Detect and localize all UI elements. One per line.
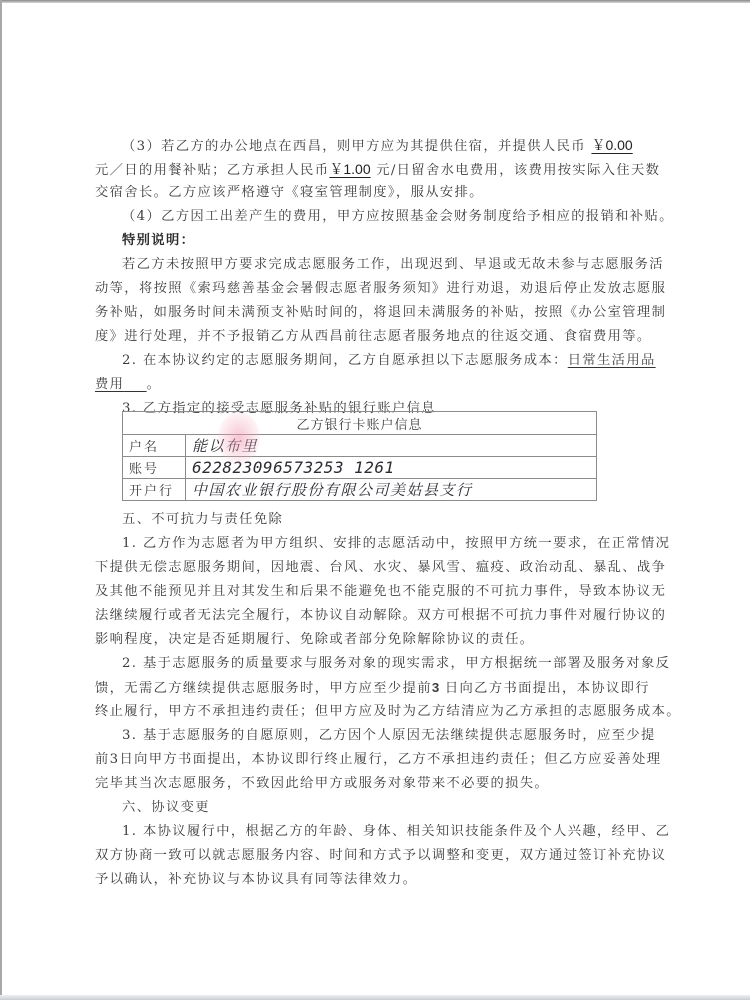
section-6-heading: 六、协议变更 xyxy=(95,796,670,820)
document-page-continued: 五、不可抗力与责任免除 1. 乙方作为志愿者为甲方组织、安排的志愿活动中，按照甲… xyxy=(95,508,670,892)
party-a-termination-line: 2. 基于志愿服务的质量要求与服务对象的现实需求，甲方根据统一部署及服务对象反 xyxy=(95,652,670,676)
utility-fee-value: ￥1.00 xyxy=(329,161,370,177)
document-page: （3）若乙方的办公地点在西昌，则甲方应为其提供住宿，并提供人民币 ￥0.00 元… xyxy=(95,133,670,421)
scan-edge-top xyxy=(0,0,750,3)
travel-expense-line: （4）乙方因工出差产生的费用，甲方应按照基金会财务制度给予相应的报销和补贴。 xyxy=(95,205,670,229)
volunteer-cost-value: 费用 xyxy=(95,377,147,392)
bank-branch-label: 开户行 xyxy=(123,479,186,501)
amendment-line: 1. 本协议履行中，根据乙方的年龄、身体、相关知识技能条件及个人兴趣，经甲、乙 xyxy=(95,820,670,844)
bank-table-title: 乙方银行卡账户信息 xyxy=(123,412,597,435)
table-row: 开户行 中国农业银行股份有限公司美姑县支行 xyxy=(123,479,597,501)
table-row: 账号 622823096573253 1261 xyxy=(123,457,597,479)
handwritten-bank-branch: 中国农业银行股份有限公司美姑县支行 xyxy=(192,481,473,499)
volunteer-cost-line-2: 费用 。 xyxy=(95,373,670,397)
force-majeure-line: 法继续履行或者无法完全履行，本协议自动解除。双方可根据不可抗力事件对履行协议的 xyxy=(95,604,670,628)
amendment-line: 予以确认，补充协议与本协议具有同等法律效力。 xyxy=(95,868,670,892)
account-name-value: 能以布里 xyxy=(186,435,597,457)
termination-text: 馈，无需乙方继续提供志愿服务时，甲方应至少提前 xyxy=(95,681,432,696)
bank-table-header-row: 乙方银行卡账户信息 xyxy=(123,412,597,435)
accommodation-text: 元／日的用餐补贴；乙方承担人民币 xyxy=(95,163,329,178)
accommodation-text: 元/日留舍水电费用，该费用按实际入住天数 xyxy=(376,163,660,178)
account-number-label: 账号 xyxy=(123,457,186,479)
party-b-termination-line: 前3日向甲方书面提出，本协议即行终止履行，乙方不承担违约责任；但乙方应妥善处理 xyxy=(95,748,670,772)
force-majeure-line: 及其他不能预见并且对其发生和后果不能避免也不能克服的不可抗力事件，导致本协议无 xyxy=(95,580,670,604)
volunteer-cost-value-text: 费用 xyxy=(95,377,124,392)
party-b-termination-line: 完毕其当次志愿服务，不致因此给甲方或服务对象带来不必要的损失。 xyxy=(95,772,670,796)
handwritten-account-name: 能以布里 xyxy=(192,437,258,455)
account-name-label: 户名 xyxy=(123,435,186,457)
force-majeure-line: 1. 乙方作为志愿者为甲方组织、安排的志愿活动中，按照甲方统一要求，在正常情况 xyxy=(95,532,670,556)
volunteer-cost-text: 2. 在本协议约定的志愿服务期间，乙方自愿承担以下志愿服务成本： xyxy=(122,353,568,368)
accommodation-line-3: 交宿舍长。乙方应该严格遵守《寝室管理制度》，服从安排。 xyxy=(95,181,670,205)
accommodation-line-2: 元／日的用餐补贴；乙方承担人民币￥1.00 元/日留舍水电费用，该费用按实际入住… xyxy=(95,157,670,181)
accommodation-line-1: （3）若乙方的办公地点在西昌，则甲方应为其提供住宿，并提供人民币 ￥0.00 xyxy=(95,133,670,157)
party-a-termination-line: 终止履行，甲方不承担违约责任；但甲方应及时为乙方结清应为乙方承担的志愿服务成本。 xyxy=(95,700,670,724)
bank-account-table: 乙方银行卡账户信息 户名 能以布里 账号 622823096573253 126… xyxy=(122,411,597,501)
handwritten-account-number: 622823096573253 1261 xyxy=(192,458,395,477)
accommodation-text: （3）若乙方的办公地点在西昌，则甲方应为其提供住宿，并提供人民币 xyxy=(122,139,586,154)
force-majeure-line: 下提供无偿志愿服务期间，因地震、台风、水灾、暴风雪、瘟疫、政治动乱、暴乱、战争 xyxy=(95,556,670,580)
special-note-heading: 特别说明： xyxy=(95,229,670,253)
table-row: 户名 能以布里 xyxy=(123,435,597,457)
special-note-line: 若乙方未按照甲方要求完成志愿服务工作，出现迟到、早退或无故未参与志愿服务活 xyxy=(95,253,670,277)
scan-edge-bottom xyxy=(0,995,750,1000)
volunteer-cost-line-1: 2. 在本协议约定的志愿服务期间，乙方自愿承担以下志愿服务成本：日常生活用品 xyxy=(95,349,670,373)
scan-edge-left xyxy=(0,0,2,1000)
section-5-heading: 五、不可抗力与责任免除 xyxy=(95,508,670,532)
party-b-termination-line: 3. 基于志愿服务的自愿原则，乙方因个人原因无法继续提供志愿服务时，应至少提 xyxy=(95,724,670,748)
period: 。 xyxy=(147,377,162,392)
account-number-value: 622823096573253 1261 xyxy=(186,457,597,479)
party-a-termination-line: 馈，无需乙方继续提供志愿服务时，甲方应至少提前3 日向乙方书面提出，本协议即行 xyxy=(95,676,670,700)
special-note-line: 动等，将按照《索玛慈善基金会暑假志愿者服务须知》进行劝退，劝退后停止发放志愿服 xyxy=(95,277,670,301)
special-note-line: 度》进行处理，并不予报销乙方从西昌前往志愿者服务地点的往返交通、食宿费用等。 xyxy=(95,325,670,349)
termination-text: 日向乙方书面提出，本协议即行 xyxy=(445,681,650,696)
special-note-line: 务补贴，如服务时间未满预支补贴时间的，将退回未满服务的补贴，按照《办公室管理制 xyxy=(95,301,670,325)
notice-days: 3 xyxy=(432,680,439,695)
amendment-line: 双方协商一致可以就志愿服务内容、时间和方式予以调整和变更，双方通过签订补充协议 xyxy=(95,844,670,868)
force-majeure-line: 影响程度，决定是否延期履行、免除或者部分免除解除协议的责任。 xyxy=(95,628,670,652)
bank-branch-value: 中国农业银行股份有限公司美姑县支行 xyxy=(186,479,597,501)
volunteer-cost-value: 日常生活用品 xyxy=(568,353,656,368)
meal-subsidy-value: ￥0.00 xyxy=(591,137,632,153)
